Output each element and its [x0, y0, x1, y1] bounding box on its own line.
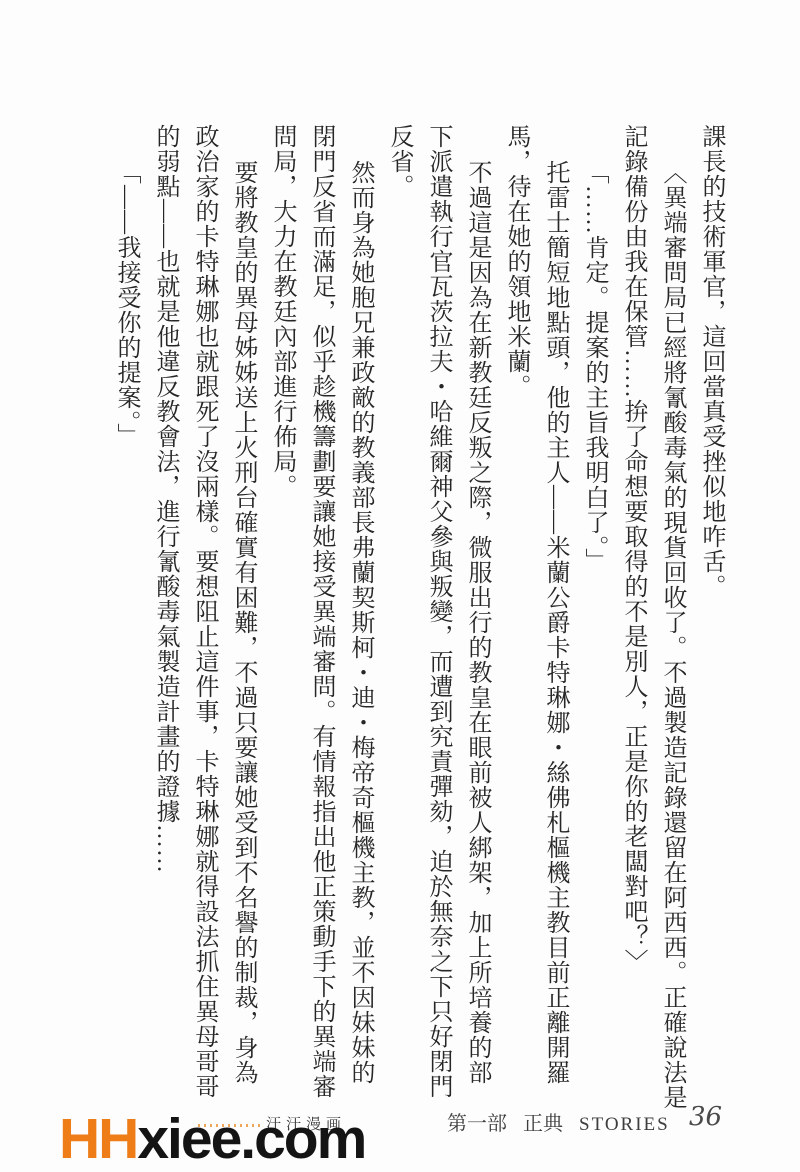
text-line: 記錄備份由我在保管……拚了命想要取得的不是別人，正是你的老闆對吧？〉: [613, 124, 652, 1092]
text-line: 課長的技術軍官，這回當真受挫似地咋舌。: [691, 124, 730, 1092]
novel-text-columns: 課長的技術軍官，這回當真受挫似地咋舌。 〈異端審問局已經將氰酸毒氣的現貨回收了。…: [106, 124, 730, 1092]
text-line: 〈異端審問局已經將氰酸毒氣的現貨回收了。不過製造記錄還留在阿西西。正確說法是: [652, 124, 691, 1092]
text-line: 然而身為她胞兄兼政敵的教義部長弗蘭契斯柯・迪・梅帝奇樞機主教，並不因妹妹的: [340, 124, 379, 1092]
footer-series-label: STORIES: [579, 1114, 670, 1135]
text-line: 問局，大力在教廷內部進行佈局。: [262, 124, 301, 1092]
text-line: 馬，待在她的領地米蘭。: [496, 124, 535, 1092]
text-line: 的弱點——也就是他違反教會法，進行氰酸毒氣製造計畫的證據……: [145, 124, 184, 1092]
footer-volume-label: 正典: [523, 1113, 563, 1135]
text-line: 托雷士簡短地點頭，他的主人——米蘭公爵卡特琳娜・絲佛札樞機主教目前正離開羅: [535, 124, 574, 1092]
page-number: 36: [689, 1102, 722, 1132]
text-line: 下派遣執行官瓦茨拉夫・哈維爾神父參與叛變，而遭到究責彈劾，迫於無奈之下只好閉門: [418, 124, 457, 1092]
book-footer: 第一部正典STORIES: [447, 1107, 670, 1136]
watermark-site-logo: HHxiee.com: [59, 1111, 365, 1168]
text-line: 政治家的卡特琳娜也就跟死了沒兩樣。要想阻止這件事，卡特琳娜就得設法抓住異母哥哥: [184, 124, 223, 1092]
logo-suffix: xiee.com: [137, 1107, 365, 1171]
text-line: 「……肯定。提案的主旨我明白了。」: [574, 124, 613, 1092]
text-line: 要將教皇的異母姊姊送上火刑台確實有困難，不過只要讓她受到不名譽的制裁，身為: [223, 124, 262, 1092]
text-line: 閉門反省而滿足，似乎趁機籌劃要讓她接受異端審問。有情報指出他正策動手下的異端審: [301, 124, 340, 1092]
text-line: 「——我接受你的提案。」: [106, 124, 145, 1092]
logo-prefix: HH: [59, 1107, 137, 1171]
footer-part-label: 第一部: [447, 1113, 507, 1135]
text-line: 不過這是因為在新教廷反叛之際，微服出行的教皇在眼前被人綁架，加上所培養的部: [457, 124, 496, 1092]
text-line: 反省。: [379, 124, 418, 1092]
